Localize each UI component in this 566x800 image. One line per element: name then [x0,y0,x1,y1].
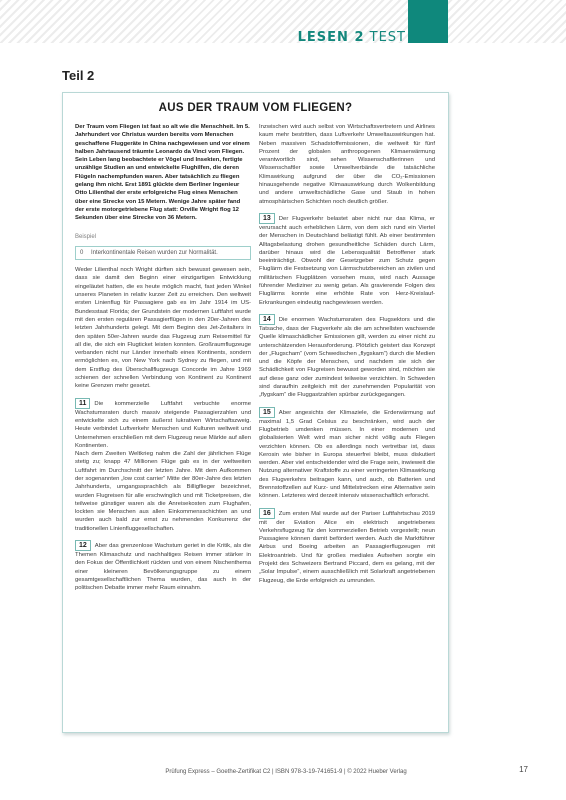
paragraph-15-text: Aber angesichts der Klimaziele, die Erde… [259,410,435,500]
section-header: LESEN 2 TEST [298,30,406,45]
paragraph-12: 12Aber das grenzenlose Wachstum geriet i… [75,540,251,592]
paragraph-0: Weder Lilienthal noch Wright dürften sic… [75,266,251,390]
paragraph-11-text-a: Die kommerzielle Luftfahrt verbuchte eno… [75,401,251,449]
gap-number-13[interactable]: 13 [259,213,275,224]
paragraph-12-text: Aber das grenzenlose Wachstum geriet in … [75,543,251,591]
example-number: 0 [80,250,83,256]
paragraph-13-text: Der Flugverkehr belastet aber nicht nur … [259,216,435,306]
paragraph-16-text: Zum ersten Mal wurde auf der Pariser Luf… [259,511,435,584]
section-header-bold: LESEN 2 [298,30,365,45]
example-box: 0 Interkontinentale Reisen wurden zur No… [75,246,251,260]
article-box: AUS DER TRAUM VOM FLIEGEN? Der Traum vom… [62,92,449,733]
paragraph-14: 14Die enormen Wachstumsraten des Flugsek… [259,314,435,400]
gap-number-16[interactable]: 16 [259,508,275,519]
article-column-right: Inzwischen wird auch selbst von Wirtscha… [259,123,435,585]
example-label: Beispiel [75,233,251,241]
article-column-left: Der Traum vom Fliegen ist fast so alt wi… [75,123,251,593]
paragraph-15: 15Aber angesichts der Klimaziele, die Er… [259,407,435,501]
gap-number-12[interactable]: 12 [75,540,91,551]
section-header-light: TEST [370,30,406,45]
paragraph-right-intro: Inzwischen wird auch selbst von Wirtscha… [259,123,435,206]
header-band [0,0,566,43]
header-accent-block [408,0,448,43]
paragraph-11: 11Die kommerzielle Luftfahrt verbuchte e… [75,398,251,533]
part-title: Teil 2 [62,68,94,83]
paragraph-13: 13Der Flugverkehr belastet aber nicht nu… [259,213,435,307]
article-title: AUS DER TRAUM VOM FLIEGEN? [63,102,448,114]
page-number: 17 [519,765,528,774]
paragraph-14-text: Die enormen Wachstumsraten des Flugsekto… [259,317,435,398]
paragraph-11-text-b: Nach dem Zweiten Weltkrieg nahm die Zahl… [75,450,251,533]
example-text: Interkontinentale Reisen wurden zur Norm… [91,250,218,256]
paragraph-16: 16Zum ersten Mal wurde auf der Pariser L… [259,508,435,585]
gap-number-14[interactable]: 14 [259,314,275,325]
gap-number-15[interactable]: 15 [259,407,275,418]
article-intro: Der Traum vom Fliegen ist fast so alt wi… [75,123,251,223]
gap-number-11[interactable]: 11 [75,398,90,409]
footer-copyright: Prüfung Express – Goethe-Zertifikat C2 |… [0,769,566,775]
